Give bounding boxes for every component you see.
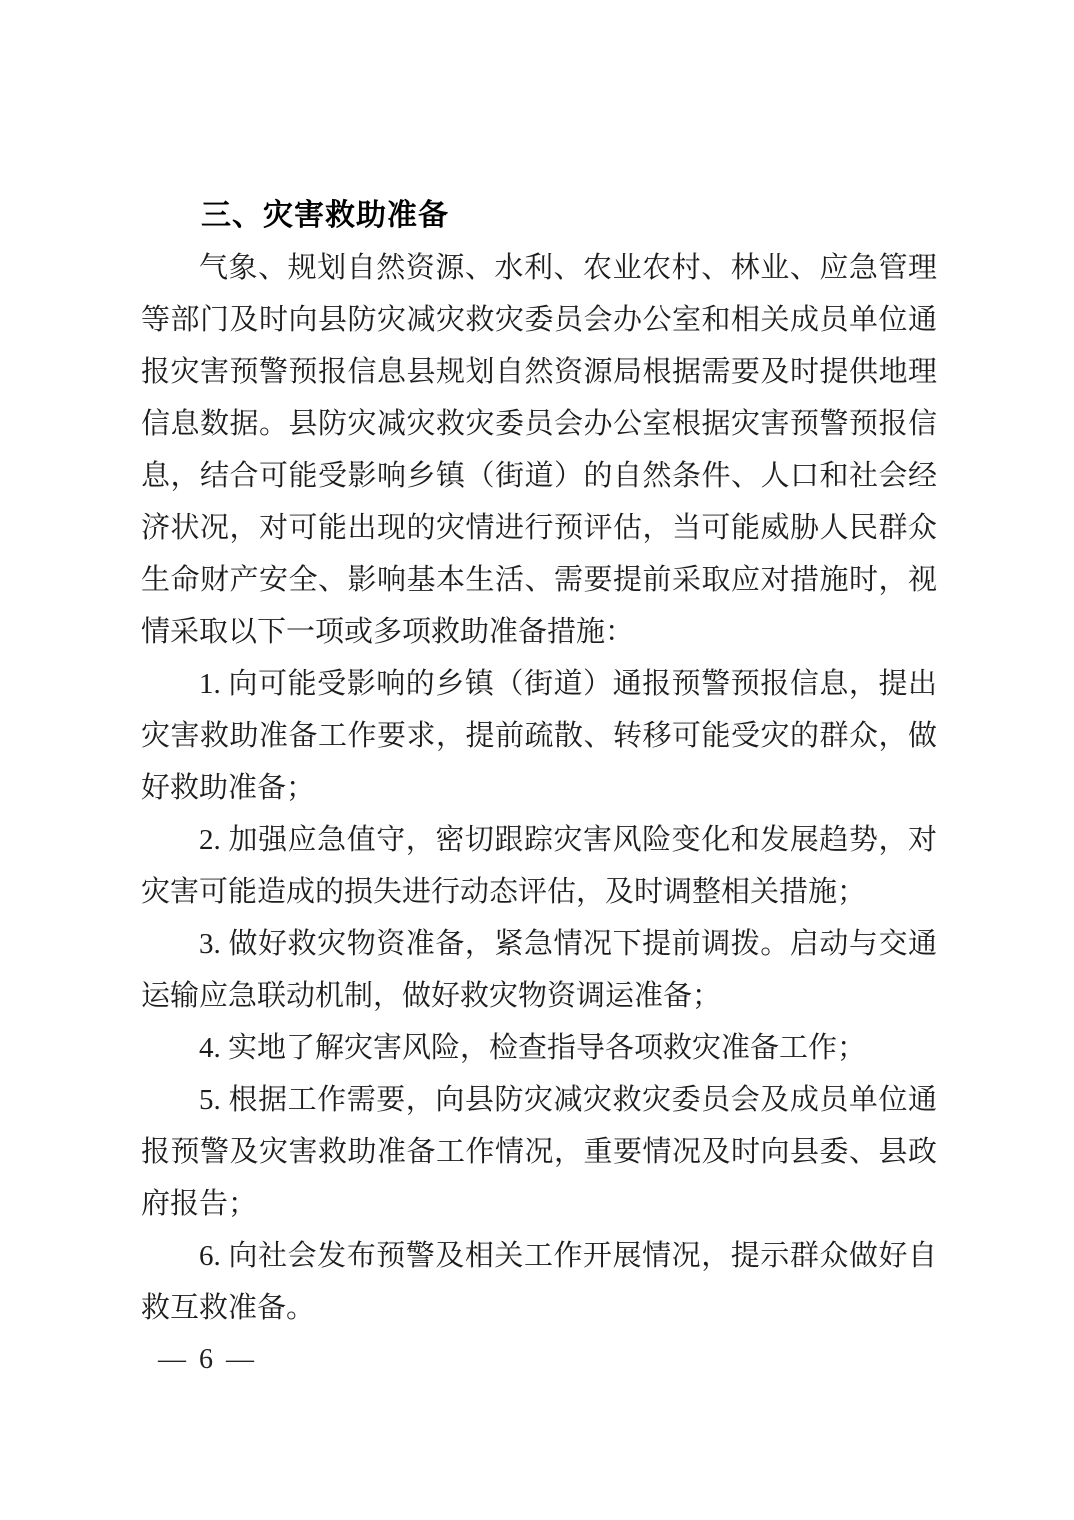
paragraph-item-4: 4. 实地了解灾害风险，检查指导各项救灾准备工作； xyxy=(141,1022,937,1074)
paragraph-item-2: 2. 加强应急值守，密切跟踪灾害风险变化和发展趋势，对灾害可能造成的损失进行动态… xyxy=(141,814,937,918)
document-page: 三、灾害救助准备 气象、规划自然资源、水利、农业农村、林业、应急管理等部门及时向… xyxy=(0,0,1074,1520)
paragraph-item-1: 1. 向可能受影响的乡镇（街道）通报预警预报信息，提出灾害救助准备工作要求，提前… xyxy=(141,658,937,814)
paragraph-intro: 气象、规划自然资源、水利、农业农村、林业、应急管理等部门及时向县防灾减灾救灾委员… xyxy=(141,242,937,658)
paragraph-item-6: 6. 向社会发布预警及相关工作开展情况，提示群众做好自救互救准备。 xyxy=(141,1230,937,1334)
section-heading: 三、灾害救助准备 xyxy=(141,190,937,242)
paragraph-item-3: 3. 做好救灾物资准备，紧急情况下提前调拨。启动与交通运输应急联动机制，做好救灾… xyxy=(141,918,937,1022)
page-number: — 6 — xyxy=(158,1342,257,1378)
paragraph-item-5: 5. 根据工作需要，向县防灾减灾救灾委员会及成员单位通报预警及灾害救助准备工作情… xyxy=(141,1074,937,1230)
document-body: 三、灾害救助准备 气象、规划自然资源、水利、农业农村、林业、应急管理等部门及时向… xyxy=(141,190,937,1334)
